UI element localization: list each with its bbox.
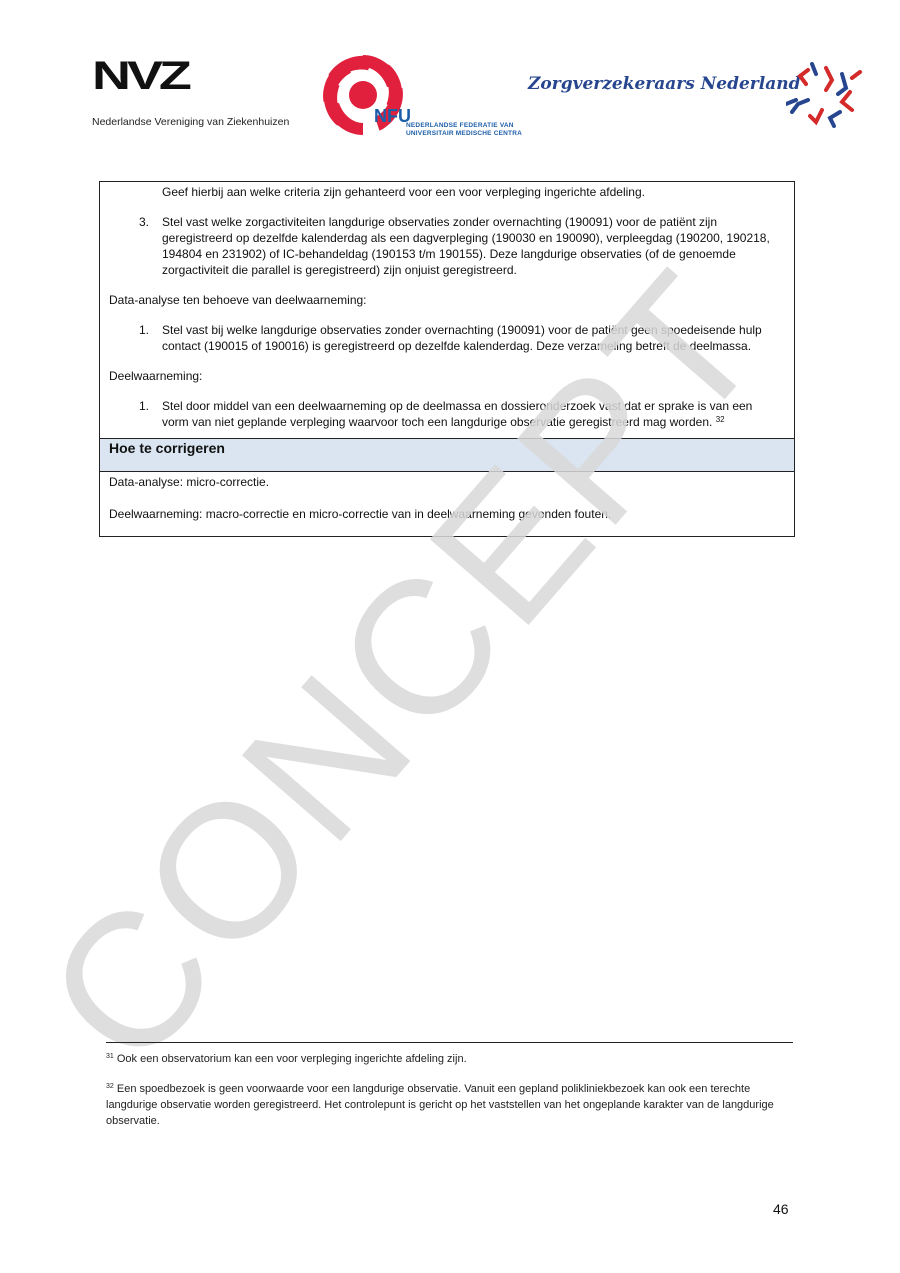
correction-cell: Data-analyse: micro-correctie. Deelwaarn… bbox=[100, 472, 794, 536]
audit-table: Geef hierbij aan welke criteria zijn geh… bbox=[99, 181, 795, 537]
list-item-number: 1. bbox=[109, 322, 162, 354]
footnote-number: 31 bbox=[106, 1053, 114, 1060]
footnote: 32 Een spoedbezoek is geen voorwaarde vo… bbox=[106, 1081, 794, 1129]
sample-item-text: Stel door middel van een deelwaarneming … bbox=[162, 399, 752, 429]
list-item: 1. Stel vast bij welke langdurige observ… bbox=[109, 322, 785, 354]
nfu-subtitle-line2: UNIVERSITAIR MEDISCHE CENTRA bbox=[406, 130, 522, 138]
zn-logo-name: Zorgverzekeraars Nederland bbox=[528, 74, 800, 94]
nvz-logo: NVZ Nederlandse Vereniging van Ziekenhui… bbox=[92, 58, 289, 128]
correction-line: Deelwaarneming: macro-correctie en micro… bbox=[109, 506, 785, 522]
nvz-logo-mark: NVZ bbox=[92, 58, 188, 94]
nfu-logo: NFU NEDERLANDSE FEDERATIE VAN UNIVERSITA… bbox=[318, 50, 528, 140]
footnote: 31 Ook een observatorium kan een voor ve… bbox=[106, 1051, 794, 1067]
nfu-subtitle-line1: NEDERLANDSE FEDERATIE VAN bbox=[406, 122, 522, 130]
list-item-number: 3. bbox=[109, 214, 162, 278]
list-item-text: Stel door middel van een deelwaarneming … bbox=[162, 398, 785, 430]
section-heading-correct: Hoe te corrigeren bbox=[100, 438, 794, 472]
procedure-cell: Geef hierbij aan welke criteria zijn geh… bbox=[100, 182, 794, 438]
list-item: 3. Stel vast welke zorgactiviteiten lang… bbox=[109, 214, 785, 278]
list-item-text: Stel vast bij welke langdurige observati… bbox=[162, 322, 785, 354]
list-item-text: Stel vast welke zorgactiviteiten langdur… bbox=[162, 214, 785, 278]
footnote-divider bbox=[106, 1042, 793, 1043]
zn-figures-icon bbox=[786, 60, 866, 130]
correction-line: Data-analyse: micro-correctie. bbox=[109, 474, 785, 490]
page-number: 46 bbox=[773, 1201, 789, 1217]
footnote-ref[interactable]: 32 bbox=[716, 415, 725, 424]
nvz-logo-subtitle: Nederlandse Vereniging van Ziekenhuizen bbox=[92, 116, 289, 128]
footnote-text: Een spoedbezoek is geen voorwaarde voor … bbox=[106, 1083, 774, 1127]
sample-heading: Deelwaarneming: bbox=[109, 368, 785, 384]
list-item: 1. Stel door middel van een deelwaarnemi… bbox=[109, 398, 785, 430]
nfu-logo-subtitle: NEDERLANDSE FEDERATIE VAN UNIVERSITAIR M… bbox=[406, 122, 522, 138]
footnote-text: Ook een observatorium kan een voor verpl… bbox=[117, 1053, 467, 1065]
zn-logo: Zorgverzekeraars Nederland bbox=[528, 60, 868, 130]
list-item-number: 1. bbox=[109, 398, 162, 430]
footnotes: 31 Ook een observatorium kan een voor ve… bbox=[106, 1051, 794, 1143]
footnote-number: 32 bbox=[106, 1083, 114, 1090]
criteria-continuation: Geef hierbij aan welke criteria zijn geh… bbox=[109, 184, 785, 200]
data-analysis-heading: Data-analyse ten behoeve van deelwaarnem… bbox=[109, 292, 785, 308]
